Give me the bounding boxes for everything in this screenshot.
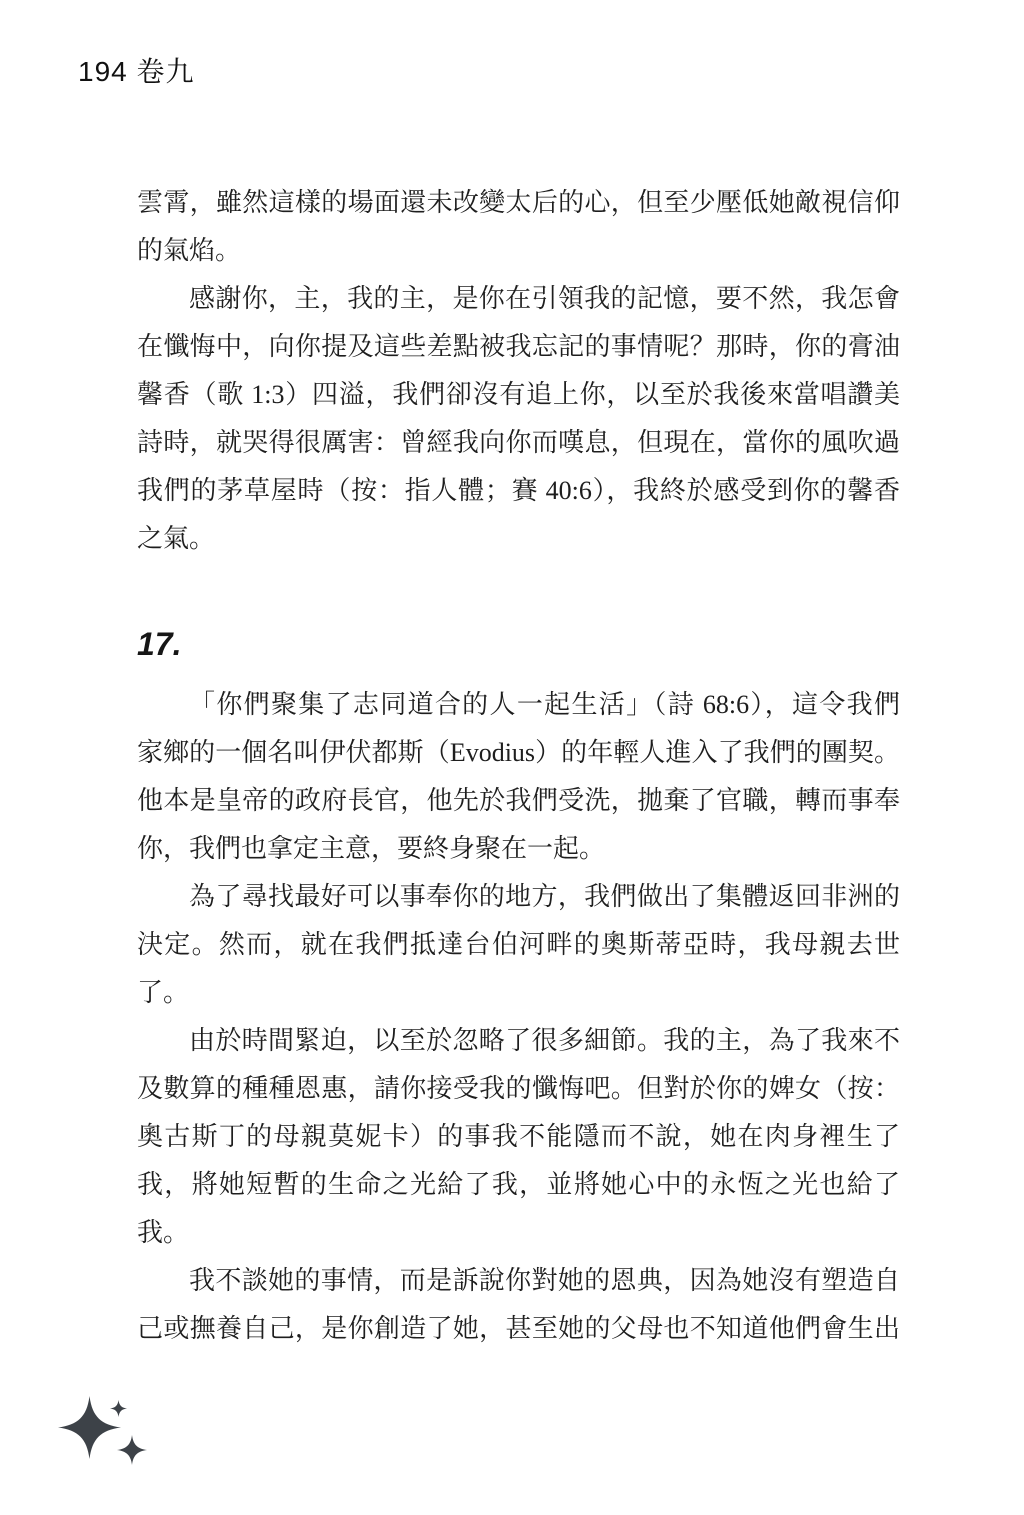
text-line: 我，將她短暫的生命之光給了我，並將她心中的永恆之光也給了 bbox=[137, 1161, 900, 1209]
text-line: 你，我們也拿定主意，要終身聚在一起。 bbox=[137, 825, 900, 873]
text-line: 己或撫養自己，是你創造了她，甚至她的父母也不知道他們會生出 bbox=[137, 1305, 900, 1353]
paragraph: 為了尋找最好可以事奉你的地方，我們做出了集體返回非洲的決定。然而，就在我們抵達台… bbox=[137, 873, 900, 1017]
text-line: 感謝你，主，我的主，是你在引領我的記憶，要不然，我怎會 bbox=[137, 275, 900, 323]
text-line: 詩時，就哭得很厲害：曾經我向你而嘆息，但現在，當你的風吹過 bbox=[137, 419, 900, 467]
text-line: 他本是皇帝的政府長官，他先於我們受洗，拋棄了官職，轉而事奉 bbox=[137, 777, 900, 825]
sparkle-large-icon bbox=[58, 1396, 121, 1459]
text-line: 馨香（歌 1:3）四溢，我們卻沒有追上你，以至於我後來當唱讚美 bbox=[137, 371, 900, 419]
text-line: 之氣。 bbox=[137, 515, 900, 563]
sparkle-small-icon bbox=[110, 1400, 127, 1417]
text-line: 奧古斯丁的母親莫妮卡）的事我不能隱而不說，她在肉身裡生了 bbox=[137, 1113, 900, 1161]
text-line: 為了尋找最好可以事奉你的地方，我們做出了集體返回非洲的 bbox=[137, 873, 900, 921]
text-line: 由於時間緊迫，以至於忽略了很多細節。我的主，為了我來不 bbox=[137, 1017, 900, 1065]
text-line: 在懺悔中，向你提及這些差點被我忘記的事情呢？那時，你的膏油 bbox=[137, 323, 900, 371]
text-line: 雲霄，雖然這樣的場面還未改變太后的心，但至少壓低她敵視信仰 bbox=[137, 179, 900, 227]
text-line: 的氣焰。 bbox=[137, 227, 900, 275]
paragraph: 由於時間緊迫，以至於忽略了很多細節。我的主，為了我來不及數算的種種恩惠，請你接受… bbox=[137, 1017, 900, 1257]
sparkle-medium-icon bbox=[117, 1435, 147, 1465]
paragraph: 感謝你，主，我的主，是你在引領我的記憶，要不然，我怎會在懺悔中，向你提及這些差點… bbox=[137, 275, 900, 563]
sparkle-decoration-icon bbox=[55, 1390, 160, 1475]
text-line: 決定。然而，就在我們抵達台伯河畔的奧斯蒂亞時，我母親去世 bbox=[137, 921, 900, 969]
text-line: 及數算的種種恩惠，請你接受我的懺悔吧。但對於你的婢女（按： bbox=[137, 1065, 900, 1113]
page-header: 194 卷九 bbox=[78, 50, 195, 90]
text-line: 「你們聚集了志同道合的人一起生活」（詩 68:6），這令我們 bbox=[137, 681, 900, 729]
section-heading: 17. bbox=[137, 620, 900, 668]
book-page: { "page": { "header": "194 卷九", "sparkle… bbox=[0, 0, 1024, 1515]
text-line: 了。 bbox=[137, 969, 900, 1017]
paragraph: 雲霄，雖然這樣的場面還未改變太后的心，但至少壓低她敵視信仰的氣焰。 bbox=[137, 179, 900, 275]
paragraph: 「你們聚集了志同道合的人一起生活」（詩 68:6），這令我們家鄉的一個名叫伊伏都… bbox=[137, 681, 900, 873]
text-line: 我不談她的事情，而是訴說你對她的恩典，因為她沒有塑造自 bbox=[137, 1257, 900, 1305]
text-line: 家鄉的一個名叫伊伏都斯（Evodius）的年輕人進入了我們的團契。 bbox=[137, 729, 900, 777]
paragraph: 我不談她的事情，而是訴說你對她的恩典，因為她沒有塑造自己或撫養自己，是你創造了她… bbox=[137, 1257, 900, 1353]
text-body: 雲霄，雖然這樣的場面還未改變太后的心，但至少壓低她敵視信仰的氣焰。感謝你，主，我… bbox=[137, 179, 900, 1353]
text-line: 我們的茅草屋時（按：指人體；賽 40:6），我終於感受到你的馨香 bbox=[137, 467, 900, 515]
text-line: 我。 bbox=[137, 1209, 900, 1257]
